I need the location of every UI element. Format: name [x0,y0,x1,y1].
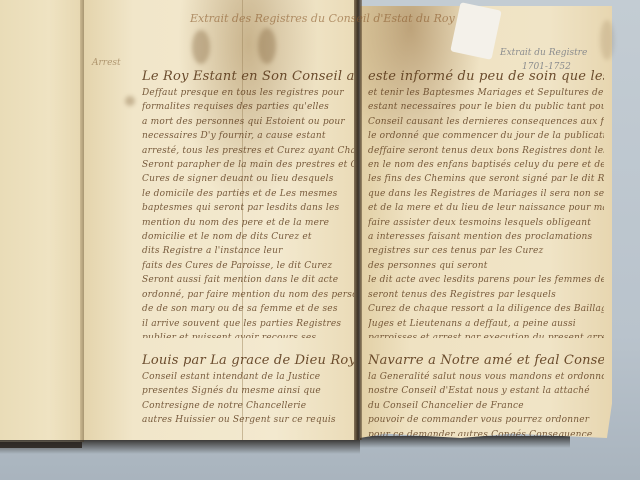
water-stain [600,20,614,60]
text-line: mention du nom des pere et de la mere [142,216,354,230]
text-line: le domicile des parties et de Les mesmes [142,187,354,201]
left-page-lettres-text: Louis par La grace de Dieu Roy de france… [142,352,354,436]
book-gutter [354,0,362,440]
text-line: baptesmes qui seront par lesdits dans le… [142,201,354,215]
text-line: Juges et Lieutenans a deffaut, a peine a… [368,317,604,331]
text-line: Cures de signer deuant ou lieu desquels [142,172,354,186]
text-line: des personnes qui seront [368,259,604,273]
text-line: registres sur ces tenus par les Curez [368,244,604,258]
running-title: Extrait des Registres du Conseil d'Estat… [190,12,455,25]
text-line: il arrive souvent que les parties Regist… [142,317,354,331]
text-line: faits des Cures de Paroisse, le dit Cure… [142,259,354,273]
book-photo: Extrait des Registres du Conseil d'Estat… [0,0,640,480]
text-line: les fins des Chemins que seront signé pa… [368,172,604,186]
text-line: Curez de chaque ressort a la diligence d… [368,302,604,316]
text-line: seront tenus des Registres par lesquels [368,288,604,302]
text-line: pouvoir de commander vous pourrez ordonn… [368,413,604,427]
water-stain [258,28,276,64]
text-line: Deffaut presque en tous les registres po… [142,86,354,100]
text-line: este informé du peu de soin que les pres… [368,68,604,86]
book-shadow-left [0,440,360,454]
margin-note: Arrest [92,58,121,68]
right-page-lettres-text: Navarre a Notre amé et feal Conseiller E… [368,352,604,436]
text-line: Conseil estant intendant de la Justice [142,370,354,384]
text-line: Contresigne de notre Chancellerie [142,399,354,413]
text-line: Navarre a Notre amé et feal Conseiller E… [368,352,604,370]
archive-note-line1: Extrait du Registre [500,48,587,58]
text-line: presentes Signés du mesme ainsi que [142,384,354,398]
text-line: de de son mary ou de sa femme et de ses [142,302,354,316]
text-line: publier et puissent avoir recours ses [142,331,354,338]
text-line: Seront aussi fait mention dans le dit ac… [142,273,354,287]
text-line: du Conseil Chancelier de France [368,399,604,413]
text-line: et tenir les Baptesmes Mariages et Sepul… [368,86,604,100]
text-line: Louis par La grace de Dieu Roy de france [142,352,354,370]
text-line: le ordonné que commencer du jour de la p… [368,129,604,143]
text-line: nostre Conseil d'Estat nous y estant la … [368,384,604,398]
text-line: autres Huissier ou Sergent sur ce requis [142,413,354,427]
text-line: formalites requises des parties qu'elles [142,100,354,114]
water-stain [192,30,210,64]
water-stain [125,96,135,106]
text-line: le dit acte avec lesdits parens pour les… [368,273,604,287]
book-shadow-right [360,436,570,448]
text-line: deffaire seront tenus deux bons Registre… [368,144,604,158]
text-line: Conseil causant les dernieres consequenc… [368,115,604,129]
text-line: arresté, tous les prestres et Curez ayan… [142,144,354,158]
book-cover-board [0,0,82,448]
text-line: pour ce demander autres Congés Consequen… [368,428,604,436]
text-line: ordonné, par faire mention du nom des pe… [142,288,354,302]
text-line: domicilie et le nom de dits Curez et [142,230,354,244]
text-line: necessaires D'y fournir, a cause estant [142,129,354,143]
text-line: estant necessaires pour le bien du publi… [368,100,604,114]
text-line: en le nom des enfans baptisés celuy du p… [368,158,604,172]
text-line: que dans les Registres de Mariages il se… [368,187,604,201]
text-line: dits Registre a l'instance leur [142,244,354,258]
text-line: faire assister deux tesmoins lesquels ob… [368,216,604,230]
right-page-arrest-text: este informé du peu de soin que les pres… [368,68,604,338]
text-line: et de la mere et du lieu de leur naissan… [368,201,604,215]
text-line: Seront parapher de la main des prestres … [142,158,354,172]
text-line: a mort des personnes qui Estoient ou pou… [142,115,354,129]
text-line: a interesses faisant mention des proclam… [368,230,604,244]
left-page-arrest-text: Le Roy Estant en Son Conseil ayant este … [142,68,354,338]
text-line: parroisses et arrest par execution du pr… [368,331,604,338]
text-line: Le Roy Estant en Son Conseil ayant este … [142,68,354,86]
text-line: la Generalité salut nous vous mandons et… [368,370,604,384]
